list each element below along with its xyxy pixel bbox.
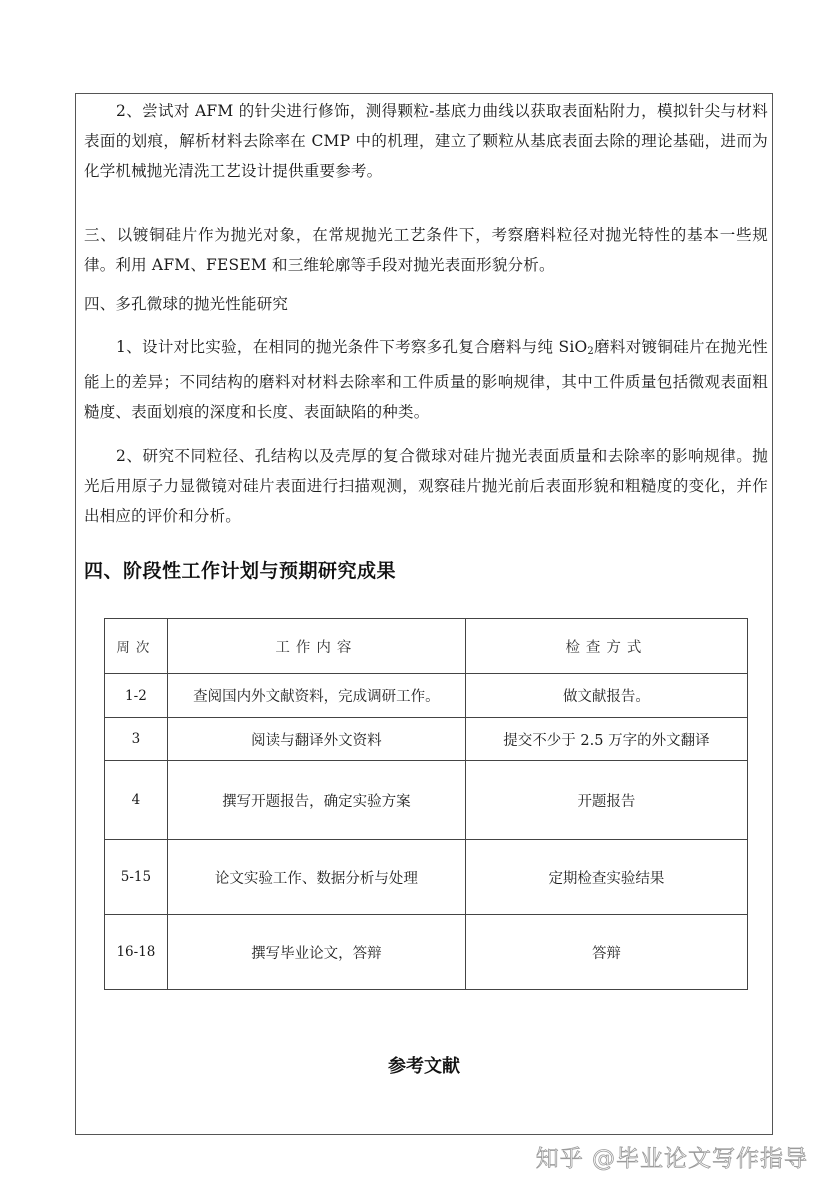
cell-week: 1-2 <box>105 674 168 718</box>
cell-content: 撰写毕业论文，答辩 <box>167 915 465 990</box>
cell-check: 答辩 <box>465 915 747 990</box>
document-page-frame: 2、尝试对 AFM 的针尖进行修饰，测得颗粒-基底力曲线以获取表面粘附力，模拟针… <box>75 93 773 1135</box>
table-header-row: 周次 工作内容 检查方式 <box>105 619 748 674</box>
section-heading-work-plan: 四、阶段性工作计划与预期研究成果 <box>84 556 396 583</box>
table-row: 16-18 撰写毕业论文，答辩 答辩 <box>105 915 748 990</box>
table-row: 1-2 查阅国内外文献资料，完成调研工作。 做文献报告。 <box>105 674 748 718</box>
cell-content: 阅读与翻译外文资料 <box>167 718 465 761</box>
paragraph-copper-wafer-polishing: 三、以镀铜硅片作为抛光对象，在常规抛光工艺条件下，考察磨料粒径对抛光特性的基本一… <box>84 220 768 280</box>
header-week: 周次 <box>105 619 168 674</box>
cell-week: 16-18 <box>105 915 168 990</box>
cell-week: 3 <box>105 718 168 761</box>
text-run: 1、设计对比实验，在相同的抛光条件下考察多孔复合磨料与纯 SiO <box>116 338 587 356</box>
cell-check: 提交不少于 2.5 万字的外文翻译 <box>465 718 747 761</box>
paragraph-particle-size-study: 2、研究不同粒径、孔结构以及壳厚的复合微球对硅片抛光表面质量和去除率的影响规律。… <box>84 441 768 531</box>
table-row: 5-15 论文实验工作、数据分析与处理 定期检查实验结果 <box>105 840 748 915</box>
zhihu-watermark: 知乎 @毕业论文写作指导 <box>536 1140 808 1173</box>
cell-content: 查阅国内外文献资料，完成调研工作。 <box>167 674 465 718</box>
paragraph-afm-tip-modification: 2、尝试对 AFM 的针尖进行修饰，测得颗粒-基底力曲线以获取表面粘附力，模拟针… <box>84 96 768 186</box>
table-row: 3 阅读与翻译外文资料 提交不少于 2.5 万字的外文翻译 <box>105 718 748 761</box>
references-title: 参考文献 <box>76 1052 772 1078</box>
header-content: 工作内容 <box>167 619 465 674</box>
cell-content: 论文实验工作、数据分析与处理 <box>167 840 465 915</box>
cell-check: 定期检查实验结果 <box>465 840 747 915</box>
cell-week: 4 <box>105 761 168 840</box>
paragraph-comparison-experiment: 1、设计对比实验，在相同的抛光条件下考察多孔复合磨料与纯 SiO2磨料对镀铜硅片… <box>84 332 768 427</box>
paragraph-porous-microsphere-heading: 四、多孔微球的抛光性能研究 <box>84 289 768 319</box>
work-plan-table: 周次 工作内容 检查方式 1-2 查阅国内外文献资料，完成调研工作。 做文献报告… <box>104 618 748 990</box>
cell-check: 开题报告 <box>465 761 747 840</box>
cell-check: 做文献报告。 <box>465 674 747 718</box>
table-row: 4 撰写开题报告，确定实验方案 开题报告 <box>105 761 748 840</box>
header-check: 检查方式 <box>465 619 747 674</box>
cell-week: 5-15 <box>105 840 168 915</box>
cell-content: 撰写开题报告，确定实验方案 <box>167 761 465 840</box>
